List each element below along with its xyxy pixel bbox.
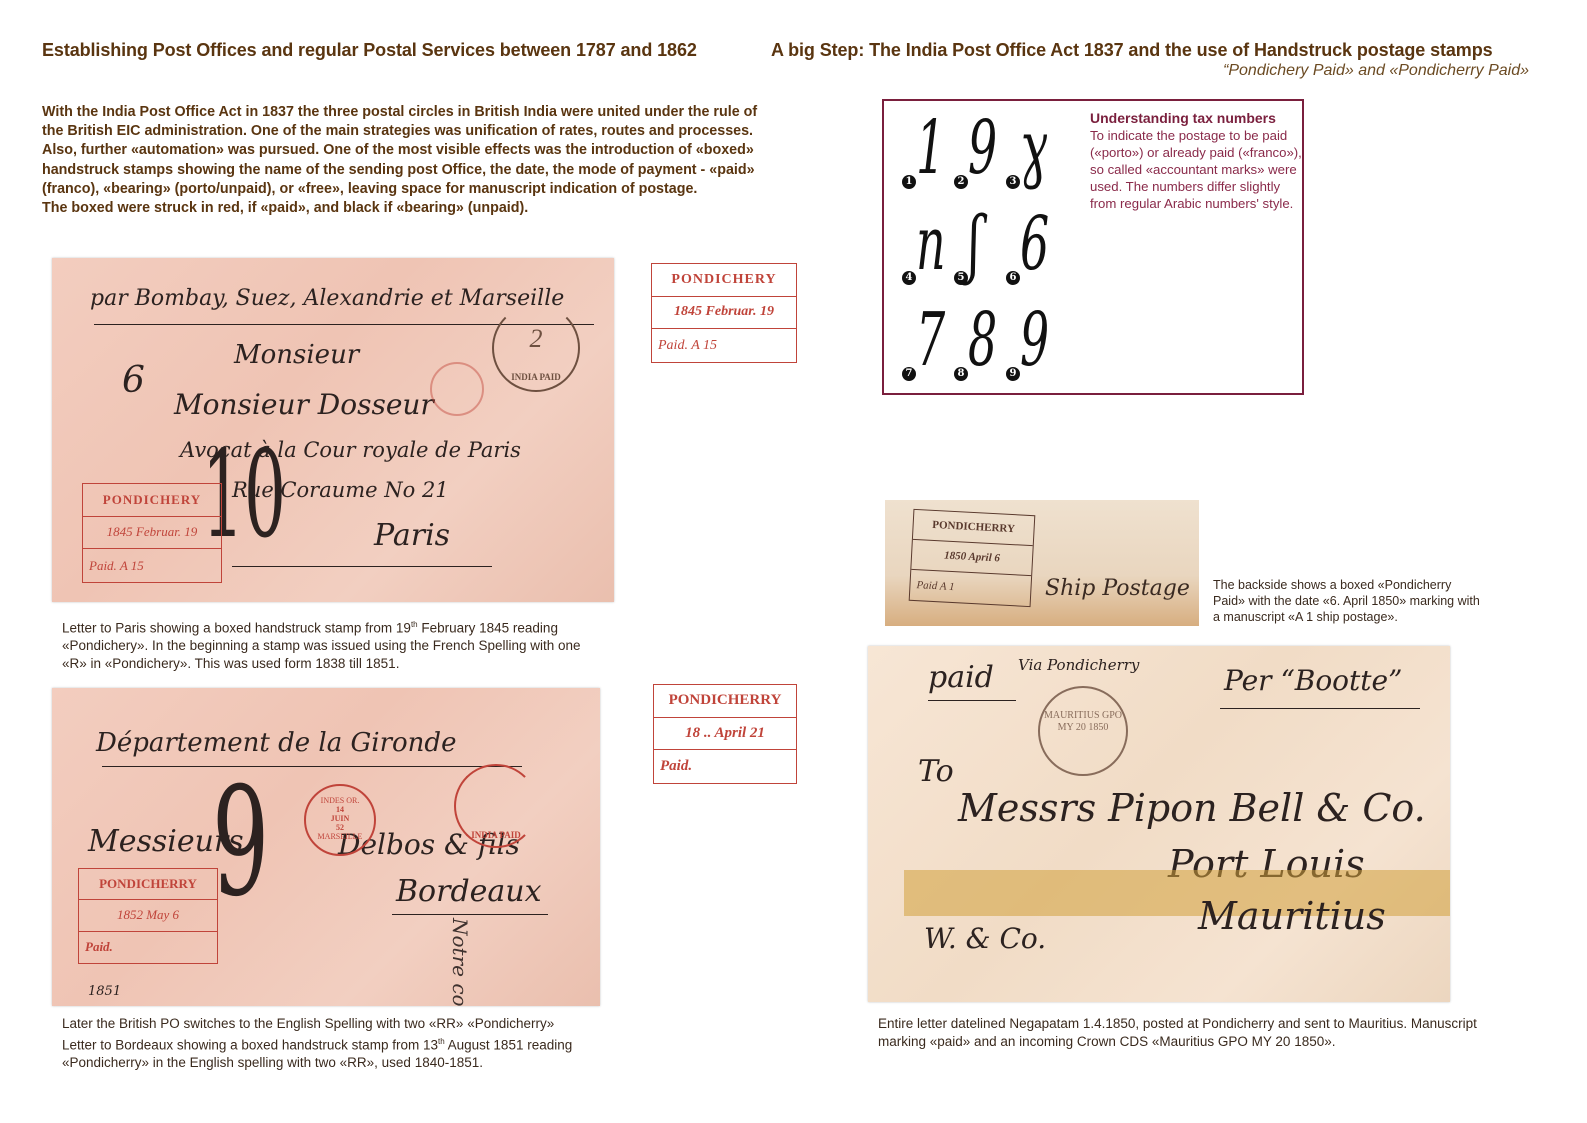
signature-manuscript: W. & Co. — [924, 922, 1046, 955]
letter-to-mauritius-image: paid Via Pondicherry Per “Bootte” MAURIT… — [868, 646, 1450, 1002]
marseille-cds: INDES OR. 14 JUIN 52 MARSEILLE — [304, 784, 376, 856]
tax-number-5: ʃ5 — [954, 203, 1014, 289]
tax-numbers-title: Understanding tax numbers — [1090, 110, 1302, 127]
paid-manuscript: paid — [928, 660, 994, 695]
backside-caption: The backside shows a boxed «Pondicherry … — [1213, 577, 1483, 625]
cds-bottom: MARSEILLE — [306, 832, 374, 841]
stamp-date: 1845 Februar. 19 — [652, 297, 796, 330]
tax-mark-manuscript: 9 — [212, 756, 269, 930]
address-line-3: Mauritius — [1198, 894, 1386, 938]
caption-line: Letter to Bordeaux showing a boxed hands… — [62, 1037, 438, 1052]
india-paid-value: 2 — [494, 324, 578, 354]
side-mark: 6 — [122, 360, 145, 401]
cds-day: 14 — [306, 805, 374, 814]
mauritius-crown-cds: MAURITIUS GPO MY 20 1850 — [1038, 686, 1128, 776]
letter-to-paris-caption: Letter to Paris showing a boxed handstru… — [62, 616, 642, 672]
underline — [928, 700, 1016, 701]
india-paid-crescent-stamp: INDIA PAID — [454, 764, 538, 848]
caption-line: «Pondichery». In the beginning a stamp w… — [62, 637, 642, 655]
pondicherry-stamp-detail: PONDICHERRY 18 .. April 21 Paid. — [653, 684, 797, 784]
number-badge-icon: 3 — [1006, 175, 1020, 189]
underline — [1220, 708, 1420, 709]
ship-manuscript: Per “Bootte” — [1224, 664, 1402, 697]
underline — [392, 914, 548, 915]
tax-number-8: 88 — [954, 299, 1014, 385]
tax-number-glyph: 9 — [968, 107, 997, 189]
tax-numbers-box: 1192ɣ3n4ʃ566778899 Understanding tax num… — [882, 99, 1304, 395]
stamp-paid: Paid A 1 — [910, 570, 1031, 606]
letter-to-mauritius-caption: Entire letter datelined Negapatam 1.4.18… — [878, 1015, 1478, 1050]
pondichery-stamp-detail: PONDICHERY 1845 Februar. 19 Paid. A 15 — [651, 263, 797, 363]
stamp-date: 1852 May 6 — [79, 900, 217, 931]
number-badge-icon: 8 — [954, 367, 968, 381]
intro-paragraph: With the India Post Office Act in 1837 t… — [42, 103, 758, 199]
pondicherry-boxed-stamp: PONDICHERRY 1852 May 6 Paid. — [78, 868, 218, 964]
caption-line: Letter to Paris showing a boxed handstru… — [62, 621, 411, 636]
tax-numbers-text: To indicate the postage to be paid («por… — [1090, 127, 1302, 212]
stamp-date: 18 .. April 21 — [654, 718, 796, 751]
cds-text: MAURITIUS GPO — [1040, 710, 1126, 722]
route-manuscript: Département de la Gironde — [96, 728, 456, 758]
address-line-2: Monsieur Dosseur — [174, 388, 434, 421]
intro-last-line: The boxed were struck in red, if «paid»,… — [42, 199, 758, 218]
pondichery-boxed-stamp: PONDICHERY 1845 Februar. 19 Paid. A 15 — [82, 483, 222, 583]
tax-number-4: n4 — [902, 203, 962, 289]
tax-number-3: ɣ3 — [1006, 107, 1066, 193]
tax-number-7: 77 — [902, 299, 962, 385]
tax-number-glyph: n — [916, 203, 946, 285]
stamp-office: PONDICHERRY — [79, 869, 217, 900]
caption-line: «Pondicherry» in the English spelling wi… — [62, 1054, 662, 1072]
number-badge-icon: 7 — [902, 367, 916, 381]
caption-line: February 1845 reading — [418, 621, 558, 636]
stamp-office: PONDICHERY — [83, 484, 221, 517]
stamp-paid: Paid. A 15 — [83, 549, 221, 582]
ship-postage-manuscript: Ship Postage — [1045, 576, 1190, 601]
right-section-subtitle: “Pondichery Paid» and «Pondicherry Paid» — [1223, 62, 1529, 80]
underline — [232, 566, 492, 567]
tax-number-glyph: ɣ — [1020, 107, 1047, 189]
india-paid-label: INDIA PAID — [494, 372, 578, 382]
number-badge-icon: 6 — [1006, 271, 1020, 285]
cds-month: JUIN — [306, 814, 374, 823]
letter-to-paris-image: par Bombay, Suez, Alexandrie et Marseill… — [52, 258, 614, 602]
tax-number-glyph: 6 — [1020, 203, 1049, 285]
letter-to-bordeaux-caption: Later the British PO switches to the Eng… — [62, 1015, 662, 1071]
faint-red-cds — [430, 362, 484, 416]
to-manuscript: To — [918, 754, 954, 789]
cds-date: MY 20 1850 — [1040, 722, 1126, 734]
address-line-1: Monsieur — [234, 340, 359, 370]
stamp-office: PONDICHERY — [652, 264, 796, 297]
via-manuscript: Via Pondicherry — [1018, 656, 1139, 674]
route-manuscript: par Bombay, Suez, Alexandrie et Marseill… — [90, 286, 564, 311]
tax-numbers-explanation: Understanding tax numbers To indicate th… — [1090, 110, 1302, 212]
caption-line: «R» in «Pondichery». This was used form … — [62, 655, 642, 673]
left-section-title: Establishing Post Offices and regular Po… — [42, 40, 697, 61]
stamp-paid: Paid. — [654, 750, 796, 783]
stamp-office: PONDICHERRY — [654, 685, 796, 718]
tax-number-glyph: 8 — [968, 299, 997, 381]
caption-line: Later the British PO switches to the Eng… — [62, 1015, 662, 1033]
backside-boxed-stamp: PONDICHERRY 1850 April 6 Paid A 1 — [909, 509, 1036, 607]
india-paid-crescent-stamp: 2 INDIA PAID — [492, 304, 580, 392]
corner-note: 1851 — [88, 984, 121, 999]
underline — [102, 766, 522, 767]
stamp-date: 1845 Februar. 19 — [83, 517, 221, 550]
cds-top: INDES OR. — [306, 796, 374, 805]
stamp-paid: Paid. A 15 — [652, 329, 796, 362]
letter-to-bordeaux-image: Département de la Gironde Messieurs Delb… — [52, 688, 600, 1006]
address-line-1: Messrs Pipon Bell & Co. — [958, 786, 1426, 830]
caption-line: August 1851 reading — [445, 1037, 573, 1052]
tax-number-glyph: 7 — [916, 299, 945, 381]
tax-number-glyph: ʃ — [968, 203, 980, 285]
india-paid-label: INDIA PAID — [456, 830, 536, 840]
letter-backside-image: PONDICHERRY 1850 April 6 Paid A 1 Ship P… — [885, 500, 1199, 626]
number-badge-icon: 9 — [1006, 367, 1020, 381]
tax-number-6: 66 — [1006, 203, 1066, 289]
vertical-manuscript: Notre contrats — [448, 918, 472, 1006]
tax-number-1: 11 — [902, 107, 962, 193]
number-badge-icon: 5 — [954, 271, 968, 285]
intro-text: With the India Post Office Act in 1837 t… — [42, 103, 758, 218]
address-line-3: Bordeaux — [396, 874, 542, 909]
cds-year: 52 — [306, 823, 374, 832]
number-badge-icon: 1 — [902, 175, 916, 189]
caption-sup: th — [411, 620, 418, 629]
tax-number-glyph: 9 — [1020, 299, 1049, 381]
tax-number-2: 92 — [954, 107, 1014, 193]
tax-number-glyph: 1 — [916, 107, 945, 189]
number-badge-icon: 4 — [902, 271, 916, 285]
tax-number-9: 99 — [1006, 299, 1066, 385]
number-badge-icon: 2 — [954, 175, 968, 189]
caption-sup: th — [438, 1037, 445, 1046]
right-section-title: A big Step: The India Post Office Act 18… — [771, 40, 1493, 61]
address-line-5: Paris — [374, 518, 450, 553]
stamp-paid: Paid. — [79, 932, 217, 963]
